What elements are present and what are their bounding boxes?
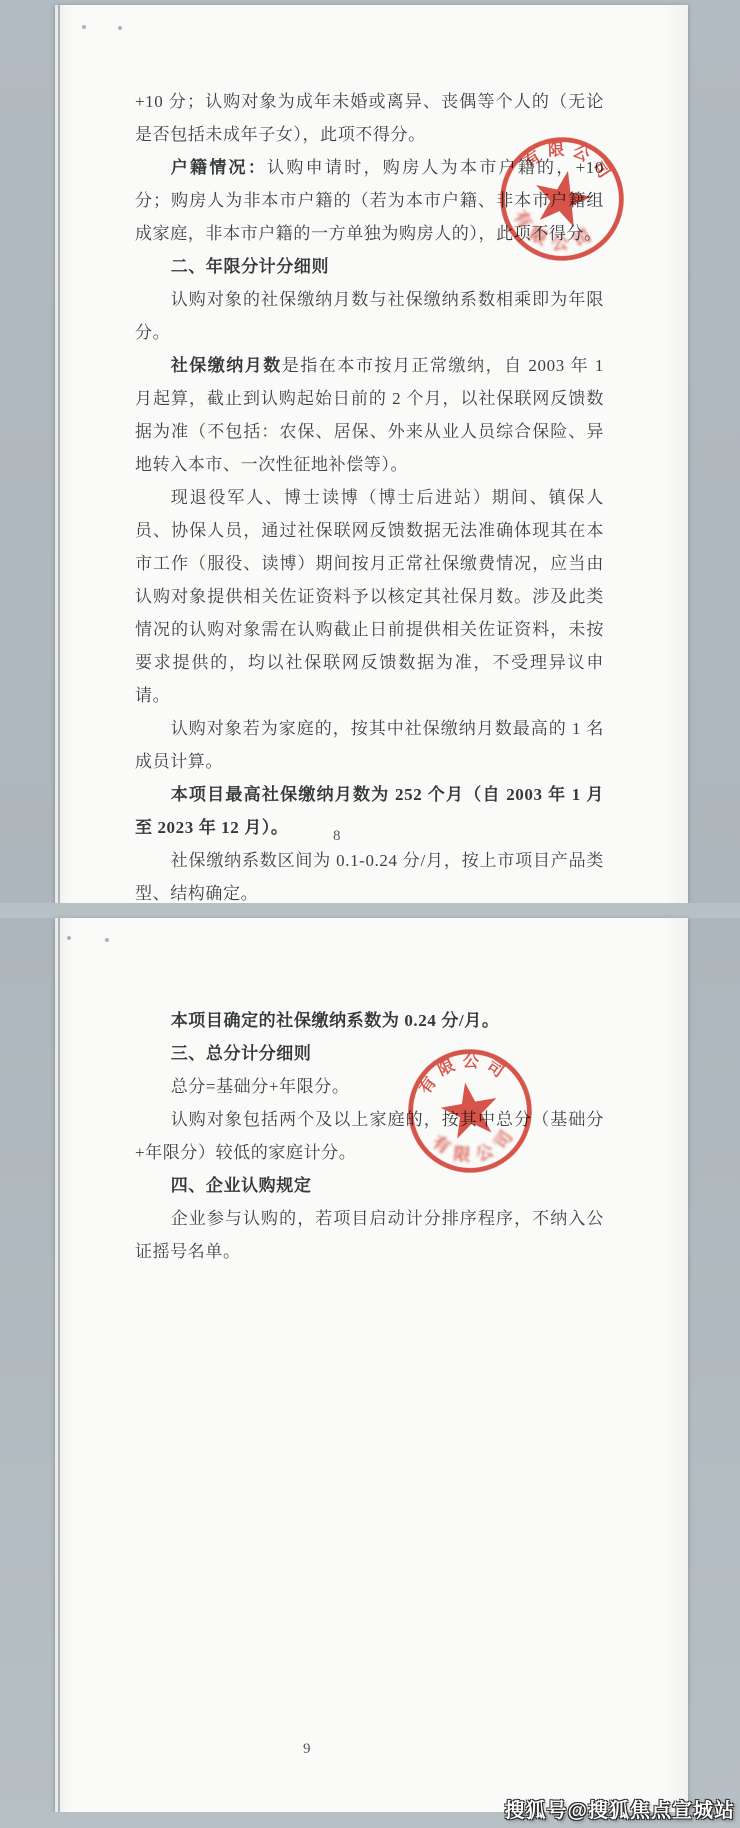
company-seal-graphic: 有限公司 有限公司 bbox=[392, 1033, 547, 1188]
text-run: 总分=基础分+年限分。 bbox=[171, 1077, 350, 1096]
paragraph: 社保缴纳系数区间为 0.1-0.24 分/月，按上市项目产品类型、结构确定。 bbox=[135, 844, 604, 910]
text-run-bold: 本项目确定的社保缴纳系数为 0.24 分/月。 bbox=[171, 1011, 500, 1030]
staple-mark bbox=[67, 936, 71, 940]
paragraph: 企业参与认购的，若项目启动计分排序程序，不纳入公证摇号名单。 bbox=[135, 1202, 604, 1268]
document-page-9: 本项目确定的社保缴纳系数为 0.24 分/月。三、总分计分细则总分=基础分+年限… bbox=[55, 918, 688, 1812]
page-number: 8 bbox=[333, 828, 341, 845]
text-run: 认购对象的社保缴纳月数与社保缴纳系数相乘即为年限分。 bbox=[135, 290, 604, 342]
star-icon bbox=[529, 165, 595, 229]
text-run-bold: 四、企业认购规定 bbox=[171, 1176, 312, 1195]
page-number: 9 bbox=[303, 1741, 311, 1758]
paragraph: 社保缴纳月数是指在本市按月正常缴纳，自 2003 年 1 月起算，截止到认购起始… bbox=[135, 349, 604, 481]
scanned-document-view: +10 分；认购对象为成年未婚或离异、丧偶等个人的（无论是否包括未成年子女），此… bbox=[0, 0, 740, 1828]
text-run-bold: 二、年限分计分细则 bbox=[171, 257, 329, 276]
paragraph: 认购对象的社保缴纳月数与社保缴纳系数相乘即为年限分。 bbox=[135, 283, 604, 349]
text-run: 现退役军人、博士读博（博士后进站）期间、镇保人员、协保人员，通过社保联网反馈数据… bbox=[135, 488, 604, 705]
paragraph: 现退役军人、博士读博（博士后进站）期间、镇保人员、协保人员，通过社保联网反馈数据… bbox=[135, 481, 604, 712]
paragraph: 四、企业认购规定 bbox=[135, 1169, 604, 1202]
company-seal: 有限公司 有限公司 bbox=[392, 1033, 547, 1188]
text-run-bold: 三、总分计分细则 bbox=[171, 1044, 312, 1063]
text-run: 企业参与认购的，若项目启动计分排序程序，不纳入公证摇号名单。 bbox=[135, 1209, 604, 1261]
staple-mark bbox=[118, 26, 122, 30]
text-run: 认购对象若为家庭的，按其中社保缴纳月数最高的 1 名成员计算。 bbox=[135, 719, 604, 771]
text-run-bold: 本项目最高社保缴纳月数为 252 个月（自 2003 年 1 月至 2023 年… bbox=[135, 785, 604, 837]
paragraph: 认购对象若为家庭的，按其中社保缴纳月数最高的 1 名成员计算。 bbox=[135, 712, 604, 778]
watermark: 搜狐号@搜狐焦点宣城站 bbox=[504, 1794, 735, 1823]
text-run-bold: 户籍情况： bbox=[171, 158, 267, 177]
company-seal-graphic: 有限公司 有限公司 bbox=[483, 120, 642, 279]
page-gap bbox=[0, 903, 740, 918]
paragraph: 三、总分计分细则 bbox=[135, 1037, 604, 1070]
staple-mark bbox=[105, 938, 109, 942]
star-icon bbox=[437, 1078, 502, 1141]
text-run: 社保缴纳系数区间为 0.1-0.24 分/月，按上市项目产品类型、结构确定。 bbox=[135, 851, 604, 903]
company-seal: 有限公司 有限公司 bbox=[483, 120, 642, 279]
staple-mark bbox=[82, 25, 86, 29]
text-run-bold: 社保缴纳月数 bbox=[171, 356, 282, 375]
paragraph: 本项目确定的社保缴纳系数为 0.24 分/月。 bbox=[135, 1004, 604, 1037]
document-page-8: +10 分；认购对象为成年未婚或离异、丧偶等个人的（无论是否包括未成年子女），此… bbox=[55, 5, 688, 903]
paragraph: 本项目最高社保缴纳月数为 252 个月（自 2003 年 1 月至 2023 年… bbox=[135, 778, 604, 844]
